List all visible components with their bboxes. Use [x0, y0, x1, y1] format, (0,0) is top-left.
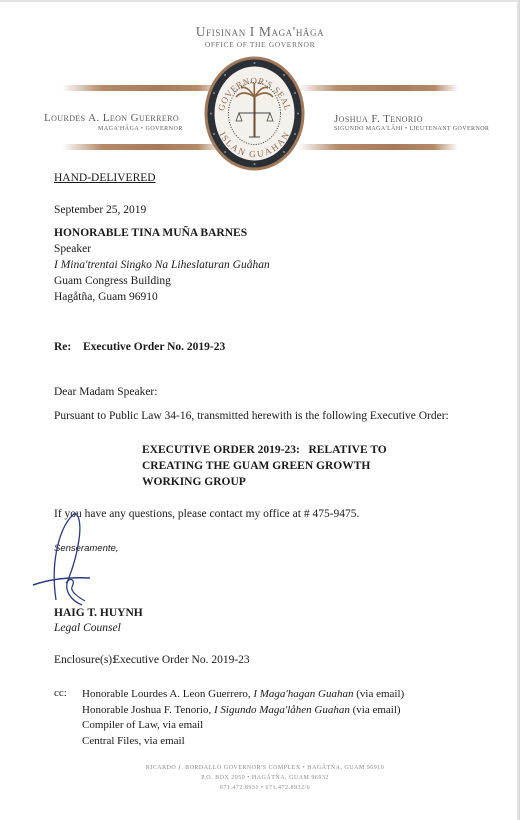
delivery-method: HAND-DELIVERED	[54, 172, 156, 184]
signer-title: Legal Counsel	[54, 622, 121, 634]
lt-governor-title: SIGUNDO MAGA'LÂHI • LIEUTENANT GOVERNOR	[334, 126, 489, 132]
salutation: Dear Madam Speaker:	[54, 386, 157, 398]
re-label: Re:	[54, 341, 71, 353]
office-title-local: Ufisinan I Maga'hâga	[0, 24, 520, 40]
executive-order-title: EXECUTIVE ORDER 2019-23: RELATIVE TO CRE…	[142, 442, 387, 490]
re-subject: Executive Order No. 2019-23	[83, 341, 225, 353]
footer-phone: 671.472.8931 • 671.472.8932/6	[0, 785, 520, 791]
cc-list: Honorable Lourdes A. Leon Guerrero, I Ma…	[82, 687, 404, 749]
enclosure-text: Executive Order No. 2019-23	[113, 654, 250, 666]
eo-title-line: WORKING GROUP	[142, 474, 387, 490]
office-title-en: OFFICE OF THE GOVERNOR	[0, 40, 520, 49]
recipient-address-1: Guam Congress Building	[54, 275, 171, 287]
recipient-name: HONORABLE TINA MUÑA BARNES	[54, 227, 247, 239]
signer-name: HAIG T. HUYNH	[54, 607, 143, 619]
footer-po-box: P.O. BOX 2950 • HAGÅTÑA, GUAM 96932	[0, 775, 520, 781]
letter-page: Ufisinan I Maga'hâga OFFICE OF THE GOVER…	[0, 0, 520, 820]
letterhead-band	[298, 85, 458, 91]
cc-item: Central Files, via email	[82, 734, 404, 750]
lt-governor-name: Joshua F. Tenorio	[334, 113, 423, 125]
eo-title-line: CREATING THE GUAM GREEN GROWTH	[142, 458, 387, 474]
eo-title-line: EXECUTIVE ORDER 2019-23: RELATIVE TO	[142, 442, 387, 458]
governor-name: Lourdes A. Leon Guerrero	[44, 112, 179, 124]
letterhead-band	[62, 144, 222, 150]
signature-icon	[30, 505, 140, 615]
cc-item: Honorable Joshua F. Tenorio, I Sigundo M…	[82, 703, 404, 719]
footer-address: RICARDO J. BORDALLO GOVERNOR'S COMPLEX •…	[0, 765, 520, 771]
governor-title: MAGA'HÂGA • GOVERNOR	[98, 126, 183, 132]
enclosure-label: Enclosure(s):	[54, 654, 115, 666]
letterhead-band	[62, 85, 222, 91]
governor-seal-icon: GOVERNOR'S SEAL ISLAN GUAHAN	[203, 55, 306, 172]
cc-item: Honorable Lourdes A. Leon Guerrero, I Ma…	[82, 687, 404, 703]
body-paragraph: Pursuant to Public Law 34-16, transmitte…	[54, 410, 449, 422]
letterhead-band	[298, 144, 458, 150]
page-edge-top	[0, 0, 518, 2]
recipient-body: I Mina'trentai Singko Na Liheslaturan Gu…	[54, 259, 270, 271]
recipient-address-2: Hagåtña, Guam 96910	[54, 291, 158, 303]
recipient-title: Speaker	[54, 243, 91, 255]
letter-date: September 25, 2019	[54, 204, 146, 216]
cc-item: Compiler of Law, via email	[82, 718, 404, 734]
cc-label: cc:	[54, 687, 67, 699]
